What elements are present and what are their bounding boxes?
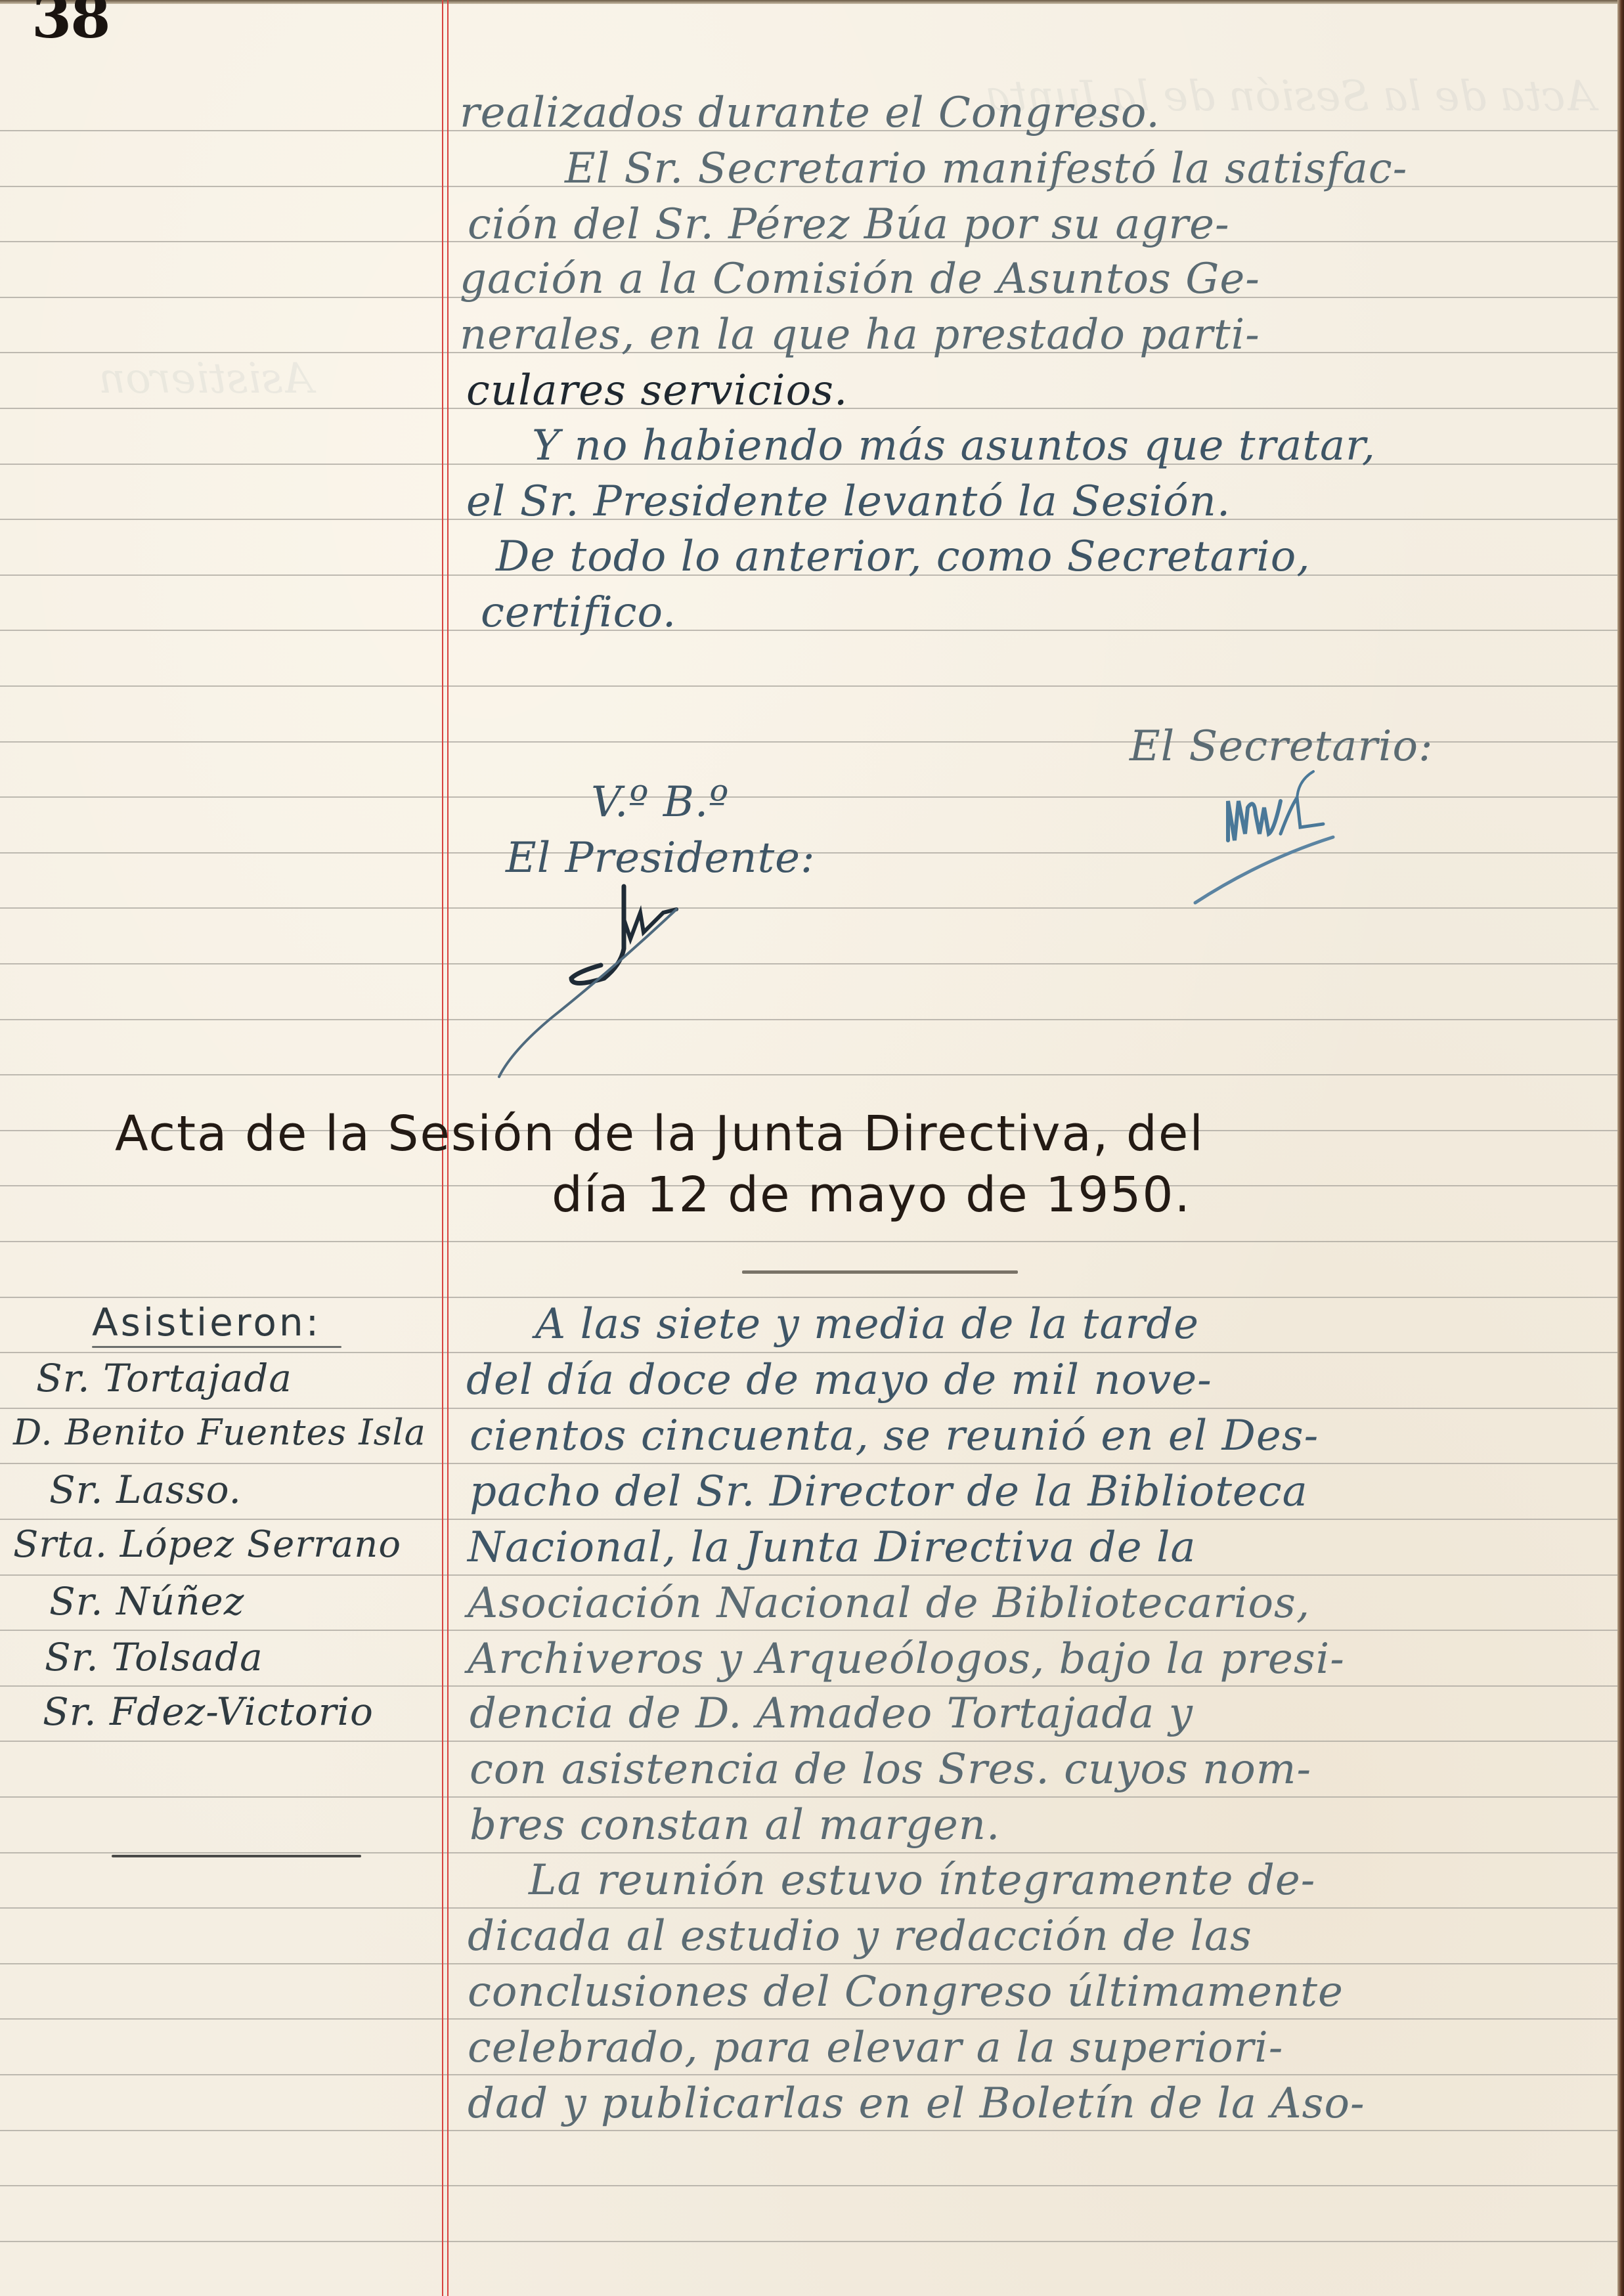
text-line: dad y publicarlas en el Boletín de la As… [468,2083,1365,2125]
text-line: Asociación Nacional de Bibliotecarios, [468,1582,1310,1624]
text-line: el Sr. Presidente levantó la Sesión. [466,481,1231,523]
ruled-line [0,2018,1617,2020]
text-line: del día doce de mayo de mil nove- [466,1359,1212,1401]
ruled-line [0,2130,1617,2131]
text-line: conclusiones del Congreso últimamente [468,1971,1344,2013]
ruled-line [0,685,1617,687]
bleed-through-text: Asistieron [99,355,313,403]
ruled-line [0,1463,1617,1464]
ruled-line [0,1852,1617,1853]
ruled-line [0,630,1617,631]
ruled-line [0,2241,1617,2242]
ruled-line [0,2074,1617,2075]
text-line: A las siete y media de la tarde [535,1303,1199,1345]
text-line: La reunión estuvo íntegramente de- [529,1859,1315,1901]
text-line: De todo lo anterior, como Secretario, [496,536,1311,578]
text-line: certifico. [481,592,676,634]
text-line: El Sr. Secretario manifestó la satisfac- [565,148,1407,190]
ruled-line [0,1241,1617,1242]
attendees-label-underline [92,1346,341,1348]
ruled-line [0,1685,1617,1687]
attendee: Sr. Tortajada [36,1359,292,1397]
page-top-edge [0,0,1624,4]
ruled-line [0,1963,1617,1964]
attendees-end-rule [112,1855,361,1857]
ruled-line [0,2185,1617,2186]
ruled-line [0,1408,1617,1409]
attendee: Sr. Lasso. [49,1471,242,1509]
text-line: Y no habiendo más asuntos que tratar, [532,425,1376,467]
ruled-line [0,1796,1617,1798]
ledger-page: Acta de la Sesión de la Junta Asistieron… [0,0,1624,2296]
text-line: gación a la Comisión de Asuntos Ge- [460,258,1260,300]
ruled-line [0,1352,1617,1353]
text-line: Nacional, la Junta Directiva de la [468,1527,1196,1569]
text-line: dicada al estudio y redacción de las [468,1915,1252,1957]
ruled-line [0,1519,1617,1520]
heading-divider [742,1270,1018,1274]
attendee: D. Benito Fuentes Isla [13,1415,426,1450]
approval-label: V.º B.º [591,781,729,823]
ruled-line [0,1297,1617,1298]
ruled-line [0,1630,1617,1631]
text-line: nerales, en la que ha prestado parti- [460,314,1260,356]
heading-line-2: día 12 de mayo de 1950. [552,1171,1191,1219]
text-line: con asistencia de los Sres. cuyos nom- [470,1748,1311,1790]
attendee: Sr. Fdez-Victorio [43,1693,374,1731]
text-line: realizados durante el Congreso. [460,92,1160,134]
text-line: celebrado, para elevar a la superiori- [468,2027,1283,2069]
attendee: Sr. Tolsada [45,1638,263,1676]
ruled-line [0,1574,1617,1576]
text-line: ción del Sr. Pérez Búa por su agre- [468,204,1230,246]
ruled-line [0,1907,1617,1909]
attendees-label: Asistieron: [92,1303,321,1341]
attendee: Sr. Núñez [49,1582,244,1620]
attendee: Srta. López Serrano [13,1527,401,1563]
page-number: 38 [32,0,109,46]
text-line: cientos cincuenta, se reunió en el Des- [470,1415,1319,1457]
heading-line-1: Acta de la Sesión de la Junta Directiva,… [115,1110,1204,1158]
text-line: Archiveros y Arqueólogos, bajo la presi- [468,1638,1345,1680]
text-line: bres constan al margen. [470,1804,1000,1846]
secretary-signature [1182,762,1445,922]
text-line: dencia de D. Amadeo Tortajada y [470,1693,1193,1735]
text-line: culares servicios. [466,370,848,412]
ruled-line [0,1741,1617,1742]
book-binding-edge [1617,0,1624,2296]
text-line: pacho del Sr. Director de la Biblioteca [470,1471,1308,1513]
president-signature [473,873,814,1086]
